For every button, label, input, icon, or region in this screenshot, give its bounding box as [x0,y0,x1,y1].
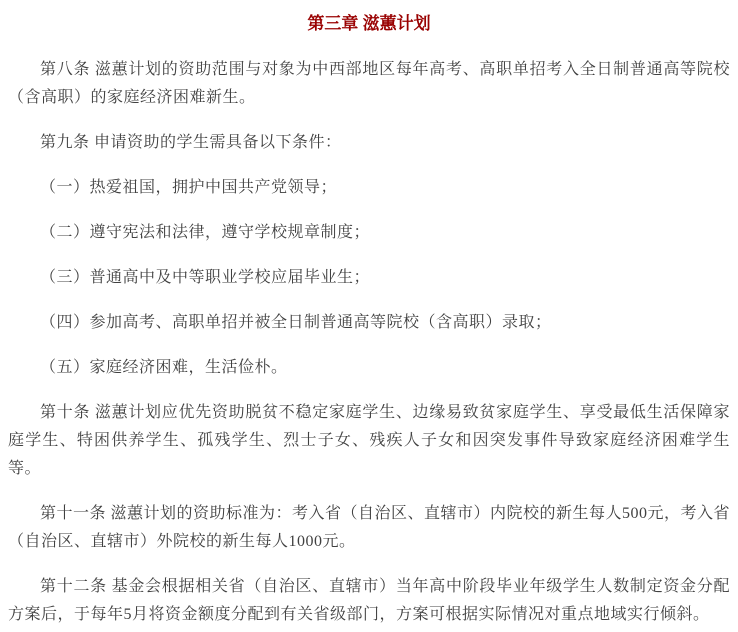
list-item-condition-4: （四）参加高考、高职单招并被全日制普通高等院校（含高职）录取； [8,309,730,337]
list-item-condition-1: （一）热爱祖国，拥护中国共产党领导； [8,174,730,202]
document-body: 第三章 滋蕙计划 第八条 滋蕙计划的资助范围与对象为中西部地区每年高考、高职单招… [0,0,738,629]
list-item-condition-3: （三）普通高中及中等职业学校应届毕业生； [8,264,730,292]
paragraph-article-8: 第八条 滋蕙计划的资助范围与对象为中西部地区每年高考、高职单招考入全日制普通高等… [8,56,730,112]
list-item-condition-5: （五）家庭经济困难，生活俭朴。 [8,354,730,382]
paragraph-article-11: 第十一条 滋蕙计划的资助标准为：考入省（自治区、直辖市）内院校的新生每人500元… [8,500,730,556]
chapter-title: 第三章 滋蕙计划 [8,12,730,36]
paragraph-article-10: 第十条 滋蕙计划应优先资助脱贫不稳定家庭学生、边缘易致贫家庭学生、享受最低生活保… [8,399,730,483]
paragraph-article-12: 第十二条 基金会根据相关省（自治区、直辖市）当年高中阶段毕业年级学生人数制定资金… [8,573,730,629]
paragraph-article-9: 第九条 申请资助的学生需具备以下条件： [8,129,730,157]
list-item-condition-2: （二）遵守宪法和法律，遵守学校规章制度； [8,219,730,247]
